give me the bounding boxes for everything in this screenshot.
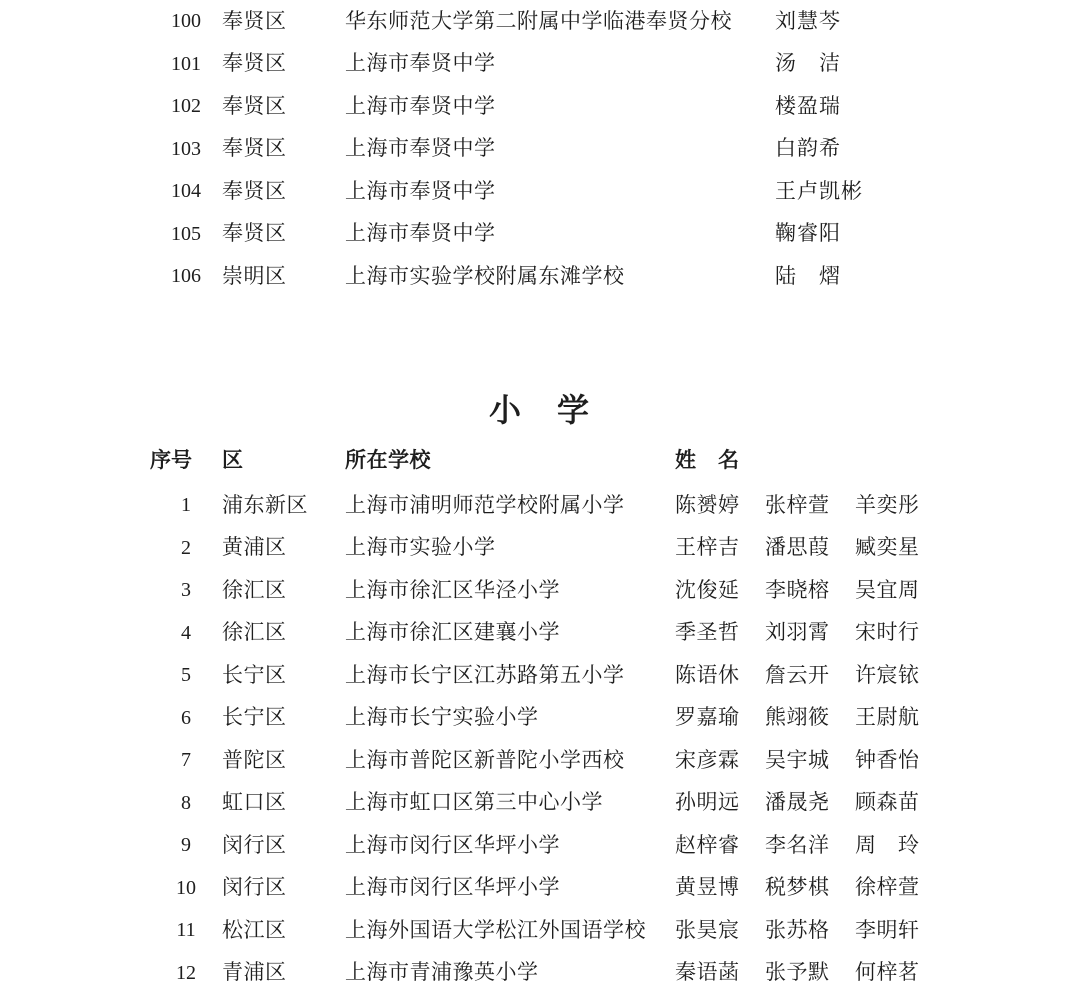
row-number: 7 bbox=[150, 750, 222, 770]
row-district: 长宁区 bbox=[222, 707, 345, 728]
row-number: 102 bbox=[150, 96, 222, 116]
section-title: 小 学 bbox=[150, 388, 930, 432]
table-row: 12 青浦区 上海市青浦豫英小学 秦语菡 张予默 何梓茗 bbox=[150, 952, 1080, 995]
header-col-school: 所在学校 bbox=[345, 450, 675, 471]
row-number: 3 bbox=[150, 580, 222, 600]
document-page: 100 奉贤区 华东师范大学第二附属中学临港奉贤分校 刘慧芩 101 奉贤区 上… bbox=[0, 0, 1080, 1005]
row-district: 松江区 bbox=[222, 920, 345, 941]
row-name: 秦语菡 bbox=[675, 962, 765, 983]
row-name: 何梓茗 bbox=[855, 962, 945, 983]
row-number: 100 bbox=[150, 11, 222, 31]
row-district: 黄浦区 bbox=[222, 537, 345, 558]
row-name: 羊奕彤 bbox=[855, 495, 945, 516]
table-row: 1 浦东新区 上海市浦明师范学校附属小学 陈赟婷 张梓萱 羊奕彤 bbox=[150, 484, 1080, 527]
row-district: 虹口区 bbox=[222, 792, 345, 813]
row-name: 陆 熠 bbox=[675, 266, 1080, 287]
row-name: 张予默 bbox=[765, 962, 855, 983]
row-school: 上海市实验小学 bbox=[345, 537, 675, 558]
row-number: 12 bbox=[150, 963, 222, 983]
row-district: 闵行区 bbox=[222, 877, 345, 898]
row-name: 熊翊筱 bbox=[765, 707, 855, 728]
row-number: 10 bbox=[150, 878, 222, 898]
row-school: 上海外国语大学松江外国语学校 bbox=[345, 920, 675, 941]
table-row: 11 松江区 上海外国语大学松江外国语学校 张昊宸 张苏格 李明轩 bbox=[150, 909, 1080, 952]
row-district: 奉贤区 bbox=[222, 11, 345, 32]
row-school: 上海市普陀区新普陀小学西校 bbox=[345, 750, 675, 771]
row-name: 黄昱博 bbox=[675, 877, 765, 898]
row-name: 楼盈瑞 bbox=[675, 96, 1080, 117]
row-name: 孙明远 bbox=[675, 792, 765, 813]
table-row: 106 崇明区 上海市实验学校附属东滩学校 陆 熠 bbox=[150, 255, 1080, 298]
row-school: 上海市奉贤中学 bbox=[345, 53, 675, 74]
row-school: 上海市长宁实验小学 bbox=[345, 707, 675, 728]
row-name: 臧奕星 bbox=[855, 537, 945, 558]
row-district: 奉贤区 bbox=[222, 181, 345, 202]
row-number: 9 bbox=[150, 835, 222, 855]
row-district: 闵行区 bbox=[222, 835, 345, 856]
table-row: 104 奉贤区 上海市奉贤中学 王卢凯彬 bbox=[150, 170, 1080, 213]
row-name: 周 玲 bbox=[855, 835, 945, 856]
row-name: 吴宜周 bbox=[855, 580, 945, 601]
row-school: 上海市实验学校附属东滩学校 bbox=[345, 266, 675, 287]
header-col-num: 序号 bbox=[150, 450, 222, 471]
row-number: 104 bbox=[150, 181, 222, 201]
table-row: 7 普陀区 上海市普陀区新普陀小学西校 宋彦霖 吴宇城 钟香怡 bbox=[150, 739, 1080, 782]
row-name: 白韵希 bbox=[675, 138, 1080, 159]
table-row: 101 奉贤区 上海市奉贤中学 汤 洁 bbox=[150, 43, 1080, 86]
row-school: 上海市浦明师范学校附属小学 bbox=[345, 495, 675, 516]
row-name: 李明轩 bbox=[855, 920, 945, 941]
row-name: 张昊宸 bbox=[675, 920, 765, 941]
row-school: 华东师范大学第二附属中学临港奉贤分校 bbox=[345, 11, 675, 32]
row-name: 刘羽霄 bbox=[765, 622, 855, 643]
table-row: 4 徐汇区 上海市徐汇区建襄小学 季圣哲 刘羽霄 宋时行 bbox=[150, 612, 1080, 655]
table-row: 105 奉贤区 上海市奉贤中学 鞠睿阳 bbox=[150, 213, 1080, 256]
row-name: 鞠睿阳 bbox=[675, 223, 1080, 244]
row-school: 上海市长宁区江苏路第五小学 bbox=[345, 665, 675, 686]
row-name: 刘慧芩 bbox=[675, 11, 1080, 32]
row-school: 上海市奉贤中学 bbox=[345, 223, 675, 244]
middle-school-list: 100 奉贤区 华东师范大学第二附属中学临港奉贤分校 刘慧芩 101 奉贤区 上… bbox=[150, 0, 1080, 298]
header-col-name: 姓 名 bbox=[675, 450, 765, 471]
row-name: 詹云开 bbox=[765, 665, 855, 686]
row-number: 8 bbox=[150, 793, 222, 813]
row-number: 105 bbox=[150, 224, 222, 244]
table-row: 2 黄浦区 上海市实验小学 王梓吉 潘思葭 臧奕星 bbox=[150, 527, 1080, 570]
row-name: 季圣哲 bbox=[675, 622, 765, 643]
row-name: 潘思葭 bbox=[765, 537, 855, 558]
row-name: 陈赟婷 bbox=[675, 495, 765, 516]
row-name: 顾森苗 bbox=[855, 792, 945, 813]
table-row: 9 闵行区 上海市闵行区华坪小学 赵梓睿 李名洋 周 玲 bbox=[150, 824, 1080, 867]
row-name: 沈俊延 bbox=[675, 580, 765, 601]
row-district: 青浦区 bbox=[222, 962, 345, 983]
row-district: 普陀区 bbox=[222, 750, 345, 771]
row-school: 上海市闵行区华坪小学 bbox=[345, 877, 675, 898]
table-row: 103 奉贤区 上海市奉贤中学 白韵希 bbox=[150, 128, 1080, 171]
table-row: 3 徐汇区 上海市徐汇区华泾小学 沈俊延 李晓榕 吴宜周 bbox=[150, 569, 1080, 612]
row-number: 1 bbox=[150, 495, 222, 515]
row-number: 4 bbox=[150, 623, 222, 643]
row-school: 上海市奉贤中学 bbox=[345, 181, 675, 202]
row-number: 6 bbox=[150, 708, 222, 728]
row-school: 上海市闵行区华坪小学 bbox=[345, 835, 675, 856]
row-school: 上海市奉贤中学 bbox=[345, 96, 675, 117]
row-school: 上海市奉贤中学 bbox=[345, 138, 675, 159]
row-name: 赵梓睿 bbox=[675, 835, 765, 856]
table-row: 6 长宁区 上海市长宁实验小学 罗嘉瑜 熊翊筱 王尉航 bbox=[150, 697, 1080, 740]
row-name: 王卢凯彬 bbox=[675, 181, 1080, 202]
row-name: 王尉航 bbox=[855, 707, 945, 728]
row-name: 汤 洁 bbox=[675, 53, 1080, 74]
row-name: 张梓萱 bbox=[765, 495, 855, 516]
row-name: 陈语休 bbox=[675, 665, 765, 686]
row-name: 王梓吉 bbox=[675, 537, 765, 558]
row-number: 2 bbox=[150, 538, 222, 558]
row-name: 吴宇城 bbox=[765, 750, 855, 771]
header-col-district: 区 bbox=[222, 450, 345, 471]
row-district: 奉贤区 bbox=[222, 96, 345, 117]
table-row: 8 虹口区 上海市虹口区第三中心小学 孙明远 潘晟尧 顾森苗 bbox=[150, 782, 1080, 825]
row-district: 徐汇区 bbox=[222, 622, 345, 643]
row-school: 上海市青浦豫英小学 bbox=[345, 962, 675, 983]
row-district: 奉贤区 bbox=[222, 53, 345, 74]
row-district: 奉贤区 bbox=[222, 223, 345, 244]
row-district: 奉贤区 bbox=[222, 138, 345, 159]
row-number: 103 bbox=[150, 139, 222, 159]
row-school: 上海市徐汇区建襄小学 bbox=[345, 622, 675, 643]
row-name: 李晓榕 bbox=[765, 580, 855, 601]
table-row: 10 闵行区 上海市闵行区华坪小学 黄昱博 税梦棋 徐梓萱 bbox=[150, 867, 1080, 910]
primary-school-list: 1 浦东新区 上海市浦明师范学校附属小学 陈赟婷 张梓萱 羊奕彤 2 黄浦区 上… bbox=[150, 484, 1080, 994]
row-name: 罗嘉瑜 bbox=[675, 707, 765, 728]
row-school: 上海市徐汇区华泾小学 bbox=[345, 580, 675, 601]
table-row: 100 奉贤区 华东师范大学第二附属中学临港奉贤分校 刘慧芩 bbox=[150, 0, 1080, 43]
row-district: 浦东新区 bbox=[222, 495, 345, 516]
table-row: 5 长宁区 上海市长宁区江苏路第五小学 陈语休 詹云开 许宸铱 bbox=[150, 654, 1080, 697]
row-district: 崇明区 bbox=[222, 266, 345, 287]
row-district: 徐汇区 bbox=[222, 580, 345, 601]
row-name: 徐梓萱 bbox=[855, 877, 945, 898]
table-row: 102 奉贤区 上海市奉贤中学 楼盈瑞 bbox=[150, 85, 1080, 128]
row-name: 钟香怡 bbox=[855, 750, 945, 771]
row-number: 101 bbox=[150, 54, 222, 74]
row-name: 宋时行 bbox=[855, 622, 945, 643]
row-number: 11 bbox=[150, 920, 222, 940]
row-name: 潘晟尧 bbox=[765, 792, 855, 813]
row-number: 106 bbox=[150, 266, 222, 286]
row-school: 上海市虹口区第三中心小学 bbox=[345, 792, 675, 813]
row-name: 税梦棋 bbox=[765, 877, 855, 898]
table-header: 序号 区 所在学校 姓 名 bbox=[150, 440, 1080, 483]
row-name: 宋彦霖 bbox=[675, 750, 765, 771]
row-name: 李名洋 bbox=[765, 835, 855, 856]
row-name: 许宸铱 bbox=[855, 665, 945, 686]
row-name: 张苏格 bbox=[765, 920, 855, 941]
row-number: 5 bbox=[150, 665, 222, 685]
row-district: 长宁区 bbox=[222, 665, 345, 686]
